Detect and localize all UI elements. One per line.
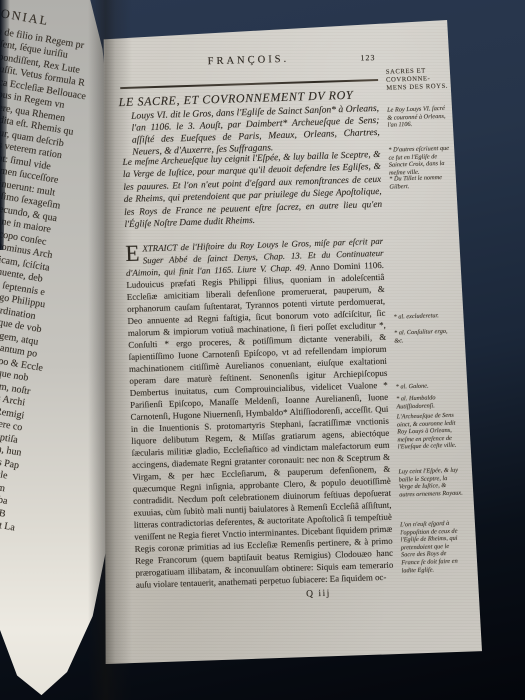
latin-body: Anno Domini 1106. Ludouicus præfati Regi… [126, 260, 393, 590]
left-page: ONIAL am de filio in Regem prdaſſent, ſé… [0, 0, 122, 700]
margin-note-section-heading: SACRES ET COVRONNE-MENS DES ROYS. [386, 67, 451, 94]
margin-note: * al. Conſulitur ergo, &c. [394, 328, 458, 345]
right-page: FRANÇOIS. 123 LE SACRE, ET COVRONNEMENT … [94, 20, 482, 664]
left-page-lines: am de filio in Regem prdaſſent, ſéque iu… [0, 24, 97, 609]
drop-cap: E [125, 242, 143, 264]
summary-paragraph: Le meſme Archeueſque luy ceignit l'Eſpée… [122, 149, 382, 232]
margin-note: L'on n'euſt eſgard à l'oppoſition de ceu… [400, 519, 466, 574]
left-page-text: ONIAL am de filio in Regem prdaſſent, ſé… [0, 6, 101, 609]
running-head-row: FRANÇOIS. 123 [119, 51, 377, 73]
margin-note: * al. excluderetur. [393, 312, 457, 322]
right-page-content: FRANÇOIS. 123 LE SACRE, ET COVRONNEMENT … [92, 10, 500, 666]
margin-note: Le Roy Louys VI. ſacré & couronné à Orle… [387, 105, 452, 130]
book-photo: ONIAL am de filio in Regem prdaſſent, ſé… [0, 0, 525, 700]
margin-note: Luy ceint l'Eſpée, & luy baille le Scept… [398, 467, 463, 499]
margin-note: * al. Galone. [396, 382, 460, 392]
signature-mark: Q iij [306, 589, 331, 600]
margin-note: * Du Tillet le nomme Gilbert. [389, 174, 453, 191]
page-number: 123 [360, 53, 375, 62]
extract-heading: XTRAICT de l'Hiſtoire du Roy Louys le Gr… [126, 236, 384, 278]
margin-note: L'Archeueſque de Sens oinct, & couronne … [397, 412, 462, 452]
margin-note: * D'autres eſcriuent que ce fut en l'Egl… [388, 145, 453, 177]
margin-note: * al. Humbaldo Autiſſiodorenſi. [396, 394, 460, 411]
running-head: FRANÇOIS. [119, 51, 377, 70]
extract-paragraph: EXTRAICT de l'Hiſtoire du Roy Louys le G… [125, 235, 394, 593]
